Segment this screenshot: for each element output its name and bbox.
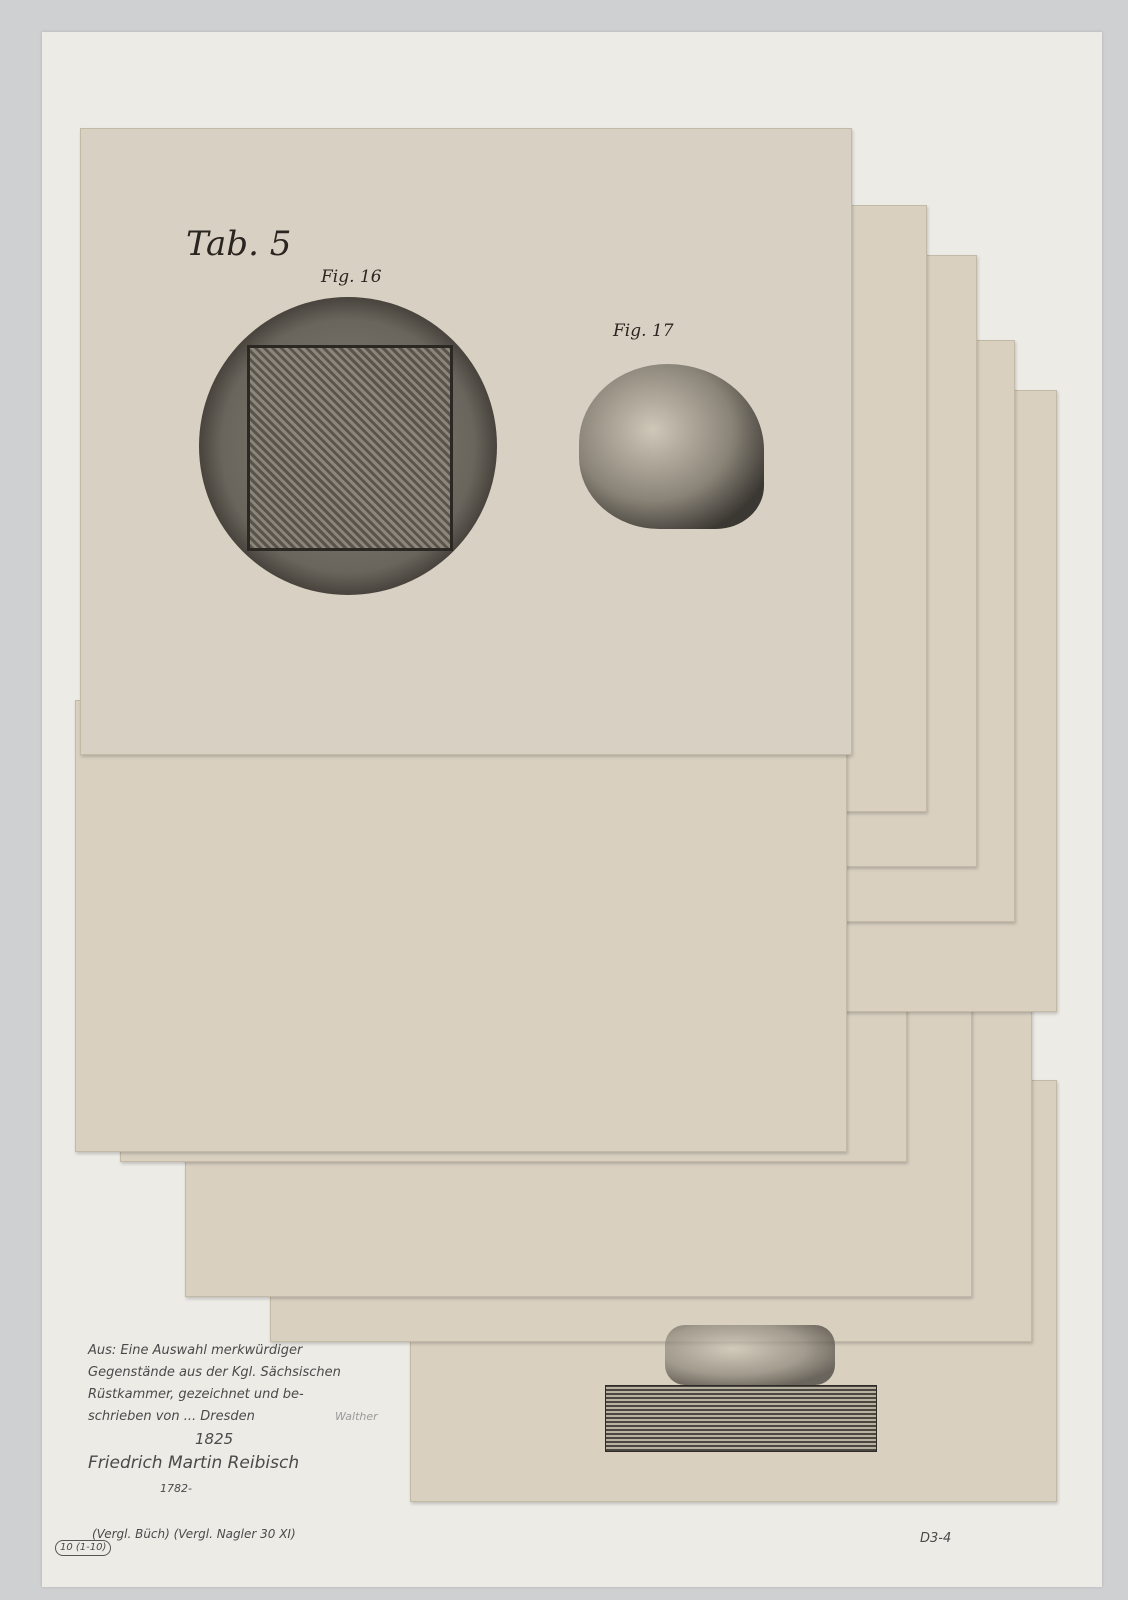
note-line-2: Gegenstände aus der Kgl. Sächsischen bbox=[88, 1362, 341, 1384]
catalog-number: D3-4 bbox=[920, 1528, 951, 1550]
note-line-4: schrieben von ... Dresden bbox=[88, 1406, 255, 1428]
figure-17-label: Fig. 17 bbox=[613, 321, 674, 341]
note-line-3: Rüstkammer, gezeichnet und be- bbox=[88, 1384, 304, 1406]
armored-feet-engraving bbox=[665, 1325, 835, 1385]
plate-label: Tab. 5 bbox=[186, 224, 291, 264]
note-count: 10 (1-10) bbox=[55, 1540, 111, 1556]
medallion-engraving bbox=[199, 297, 497, 595]
note-references: (Vergl. Büch) (Vergl. Nagler 30 XI) bbox=[92, 1523, 296, 1545]
note-year: 1825 bbox=[195, 1428, 233, 1450]
helmet-engraving bbox=[579, 364, 764, 529]
note-line-1: Aus: Eine Auswahl merkwürdiger bbox=[88, 1340, 302, 1362]
top-plate: Tab. 5 Fig. 16 Fig. 17 bbox=[80, 128, 852, 755]
pedestal-engraving bbox=[605, 1385, 877, 1452]
note-birth-year: 1782- bbox=[160, 1478, 192, 1500]
figure-16-label: Fig. 16 bbox=[321, 267, 382, 287]
sheet-1 bbox=[75, 700, 847, 1152]
note-artist: Friedrich Martin Reibisch bbox=[88, 1452, 299, 1474]
note-pencil-addition: Walther bbox=[335, 1406, 378, 1428]
medallion-scene bbox=[247, 345, 453, 551]
